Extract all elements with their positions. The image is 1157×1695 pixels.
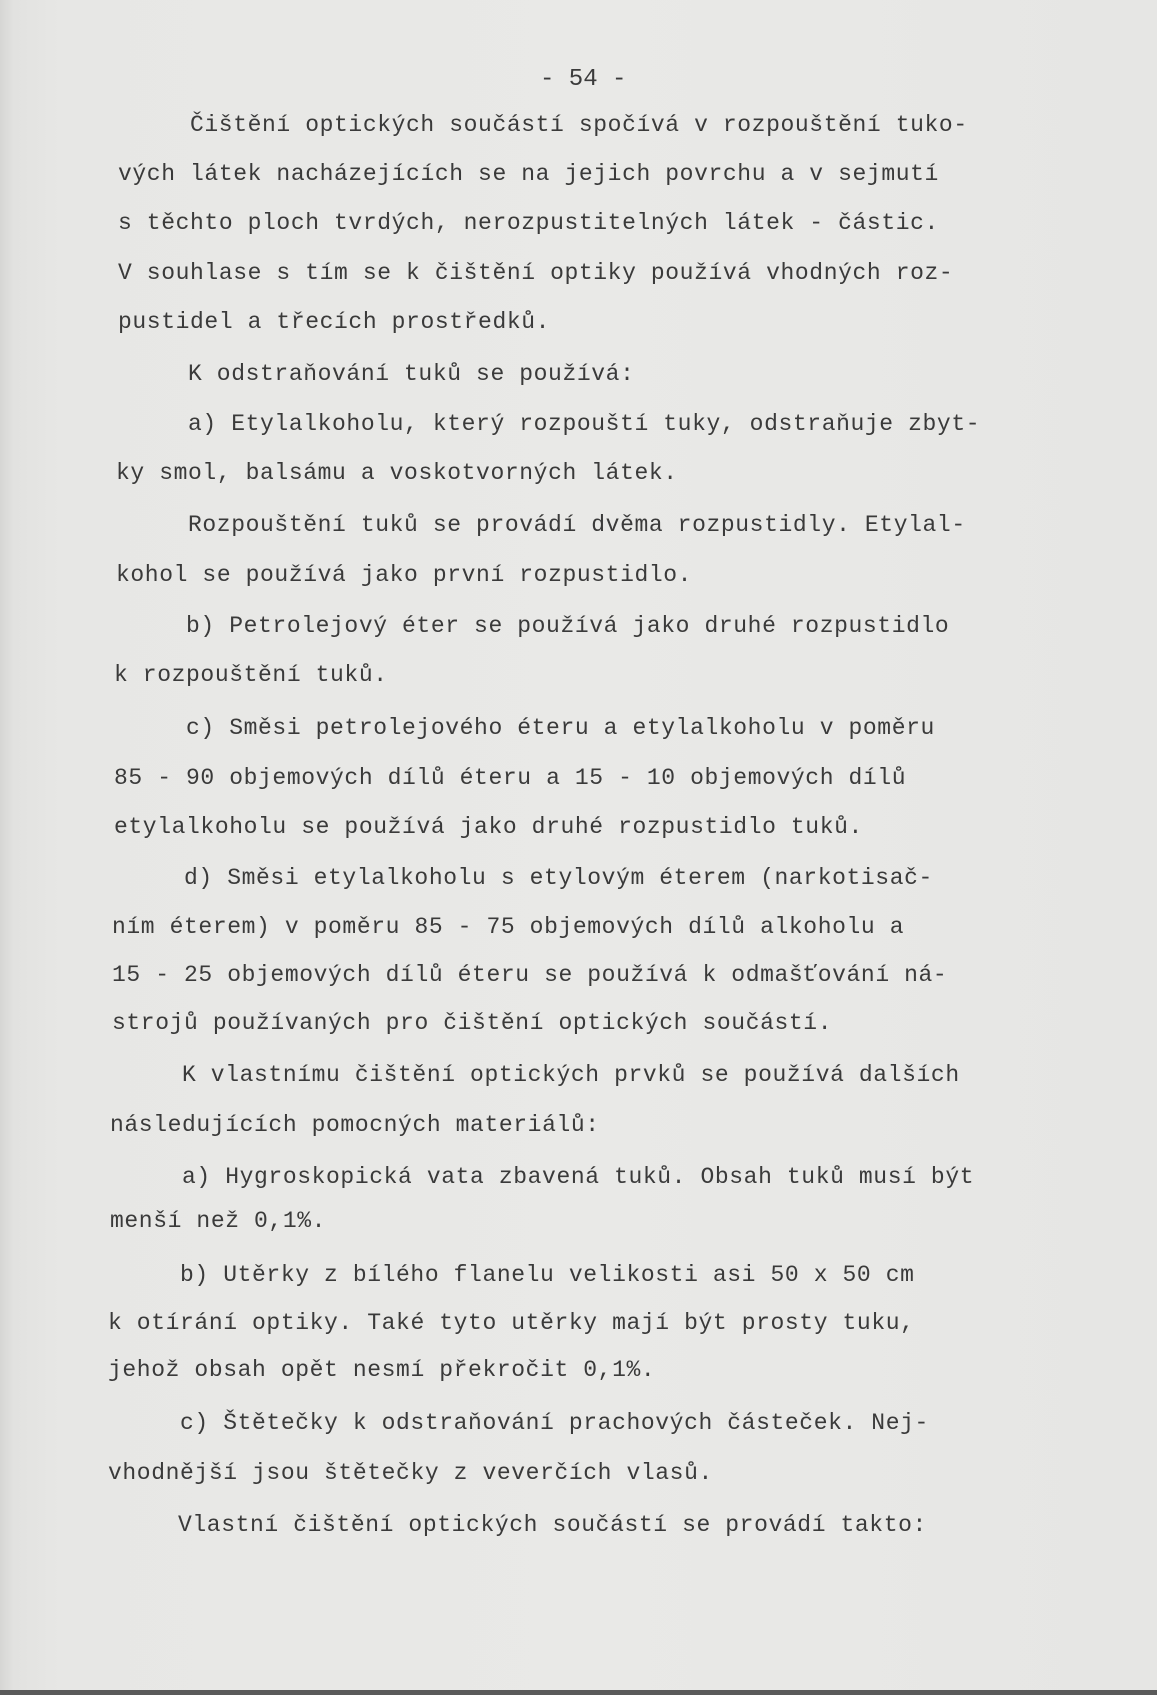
text-line: K odstraňování tuků se používá: <box>188 361 634 387</box>
text-line: Vlastní čištění optických součástí se pr… <box>178 1512 927 1538</box>
text-line: k otírání optiky. Také tyto utěrky mají … <box>108 1310 915 1336</box>
text-line: d) Směsi etylalkoholu s etylovým éterem … <box>184 865 933 891</box>
text-line: a) Etylalkoholu, který rozpouští tuky, o… <box>188 411 980 437</box>
text-line: s těchto ploch tvrdých, nerozpustitelnýc… <box>118 210 939 236</box>
text-line: ky smol, balsámu a voskotvorných látek. <box>116 460 678 486</box>
text-line: a) Hygroskopická vata zbavená tuků. Obsa… <box>182 1164 974 1190</box>
text-line: vých látek nacházejících se na jejich po… <box>118 161 939 187</box>
text-line: vhodnější jsou štětečky z veverčích vlas… <box>108 1460 713 1486</box>
text-line: ním éterem) v poměru 85 - 75 objemových … <box>112 914 904 940</box>
text-line: 15 - 25 objemových dílů éteru se používá… <box>112 962 947 988</box>
text-line: k rozpouštění tuků. <box>114 662 388 688</box>
text-line: menší než 0,1%. <box>110 1208 326 1234</box>
page-number: - 54 - <box>540 66 626 93</box>
text-line: b) Utěrky z bílého flanelu velikosti asi… <box>180 1262 915 1288</box>
text-line: Rozpouštění tuků se provádí dvěma rozpus… <box>188 512 966 538</box>
scan-edge <box>0 1690 1157 1695</box>
text-line: etylalkoholu se používá jako druhé rozpu… <box>114 814 863 840</box>
text-line: kohol se používá jako první rozpustidlo. <box>116 562 692 588</box>
text-line: 85 - 90 objemových dílů éteru a 15 - 10 … <box>114 765 906 791</box>
text-line: následujících pomocných materiálů: <box>110 1112 600 1138</box>
text-line: K vlastnímu čištění optických prvků se p… <box>182 1062 960 1088</box>
text-line: strojů používaných pro čištění optických… <box>112 1010 832 1036</box>
text-line: Čištění optických součástí spočívá v roz… <box>190 112 968 138</box>
document-page: - 54 - Čištění optických součástí spočív… <box>0 0 1157 1690</box>
text-line: b) Petrolejový éter se používá jako druh… <box>186 613 949 639</box>
text-line: jehož obsah opět nesmí překročit 0,1%. <box>108 1357 655 1383</box>
text-line: c) Směsi petrolejového éteru a etylalkoh… <box>186 715 935 741</box>
text-line: V souhlase s tím se k čištění optiky pou… <box>118 260 953 286</box>
text-line: pustidel a třecích prostředků. <box>118 309 550 335</box>
text-line: c) Štětečky k odstraňování prachových čá… <box>180 1410 929 1436</box>
